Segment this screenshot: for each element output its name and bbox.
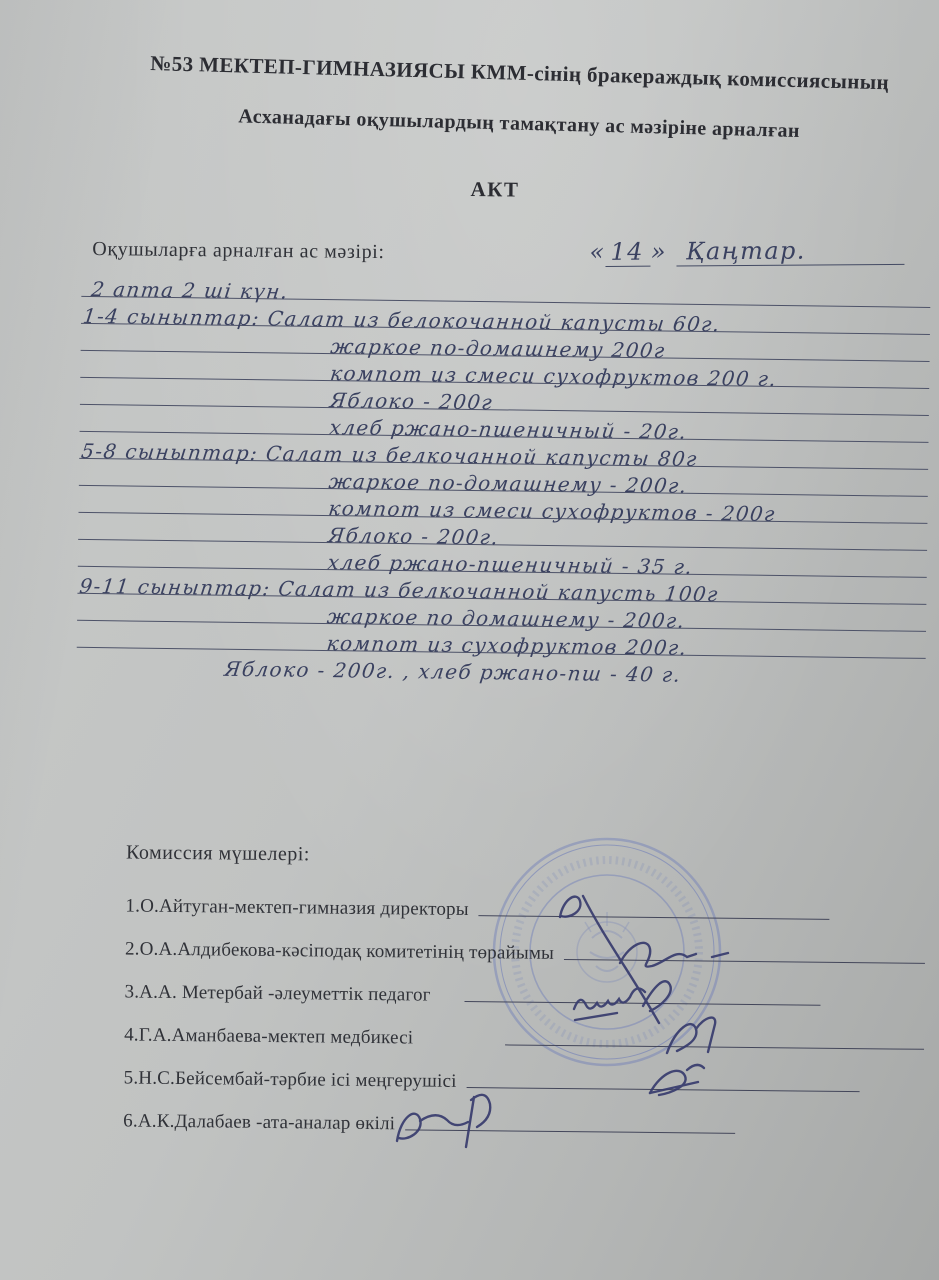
menu-lines: 2 апта 2 ші күн.1-4 сыныптар: Салат из б…: [76, 270, 930, 685]
signature-line: [467, 1087, 860, 1092]
member-name: 5.Н.С.Бейсембай-тәрбие ісі меңгерушісі: [124, 1067, 457, 1094]
member-name: 3.А.А. Метербай -әлеуметтік педагог: [124, 981, 430, 1008]
member-row: 1.О.Айтуган-мектеп-гимназия директоры: [125, 876, 929, 927]
menu-line-text: Яблоко - 200г. , хлеб ржано-пш - 40 г.: [223, 657, 683, 687]
commission-label: Комиссия мүшелері:: [126, 841, 930, 872]
member-row: 3.А.А. Метербай -әлеуметтік педагог: [124, 962, 928, 1013]
date-day: 14: [605, 238, 651, 267]
act-heading: АКТ: [0, 172, 937, 207]
commission-members: 1.О.Айтуган-мектеп-гимназия директоры2.О…: [123, 876, 930, 1142]
commission-section: Комиссия мүшелері: 1.О.Айтуган-мектеп-ги…: [0, 840, 930, 1143]
document-title-line1: №53 МЕКТЕП-ГИМНАЗИЯСЫ КММ-сінің бракераж…: [0, 47, 938, 97]
document-title-line2: Асханадағы оқушылардың тамақтану ас мәзі…: [0, 99, 938, 147]
date-month: Қаңтар.: [676, 236, 904, 267]
signature-line: [505, 1044, 924, 1049]
member-row: 5.Н.С.Бейсембай-тәрбие ісі меңгерушісі: [124, 1048, 928, 1099]
member-name: 4.Г.А.Аманбаева-мектеп медбикесі: [124, 1024, 413, 1051]
member-row: 6.А.К.Далабаев -ата-аналар өкілі: [123, 1091, 927, 1142]
signature-line: [479, 915, 830, 920]
date-close-quote: »: [651, 238, 667, 266]
member-name: 2.О.А.Алдибекова-кәсіподақ комитетінің т…: [125, 938, 554, 966]
member-name: 1.О.Айтуган-мектеп-гимназия директоры: [125, 895, 469, 923]
member-name: 6.А.К.Далабаев -ата-аналар өкілі: [123, 1110, 395, 1137]
date-open-quote: «: [589, 238, 605, 266]
scanned-document-photo: №53 МЕКТЕП-ГИМНАЗИЯСЫ КММ-сінің бракераж…: [0, 0, 939, 1280]
signature-line: [564, 959, 925, 964]
handwritten-date: «14» Қаңтар.: [589, 236, 909, 267]
signature-line: [405, 1129, 735, 1133]
member-row: 4.Г.А.Аманбаева-мектеп медбикесі: [124, 1005, 928, 1056]
signature-line: [465, 1001, 821, 1006]
member-row: 2.О.А.Алдибекова-кәсіподақ комитетінің т…: [125, 919, 929, 970]
